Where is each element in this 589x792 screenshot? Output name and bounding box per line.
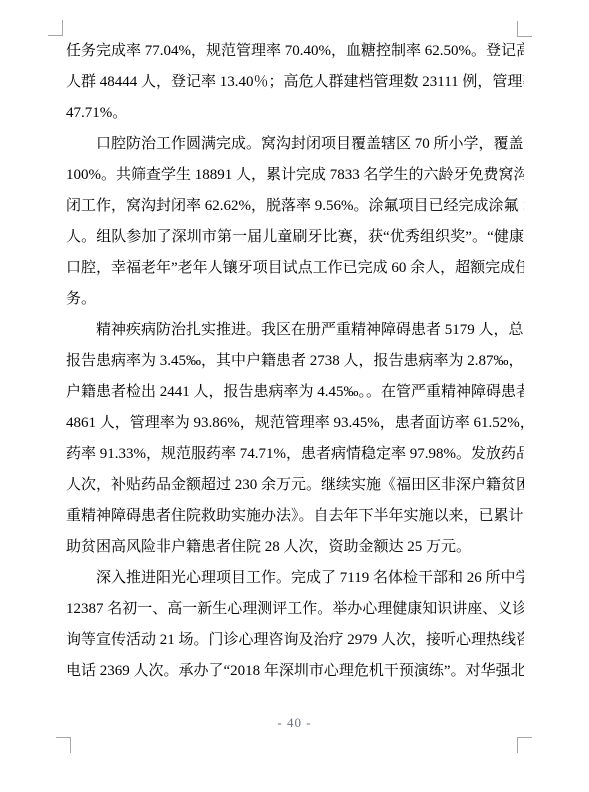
body-text-line: 人次，补贴药品金额超过 230 余万元。继续实施《福田区非深户籍贫困严 <box>66 470 524 501</box>
body-text-line: 12387 名初一、高一新生心理测评工作。举办心理健康知识讲座、义诊咨 <box>66 594 524 625</box>
crop-mark-top-left-icon <box>48 20 63 36</box>
body-text-line: 100%。共筛查学生 18891 人，累计完成 7833 名学生的六龄牙免费窝沟… <box>66 160 524 191</box>
body-text-line paragraph-start: 口腔防治工作圆满完成。窝沟封闭项目覆盖辖区 70 所小学，覆盖率 <box>66 129 524 160</box>
crop-mark-bottom-right-icon <box>517 737 532 753</box>
body-text-line: 人群 48444 人，登记率 13.40％；高危人群建档管理数 23111 例，… <box>66 67 524 98</box>
body-text-line: 47.71%。 <box>66 98 524 129</box>
page-number: - 40 - <box>0 715 589 731</box>
crop-mark-bottom-left-icon <box>56 737 71 753</box>
body-text-line: 询等宣传活动 21 场。门诊心理咨询及治疗 2979 人次，接听心理热线咨询 <box>66 625 524 656</box>
body-text-line: 口腔，幸福老年”老年人镶牙项目试点工作已完成 60 余人，超额完成任 <box>66 253 524 284</box>
body-text-line paragraph-start: 精神疾病防治扎实推进。我区在册严重精神障碍患者 5179 人，总体 <box>66 315 524 346</box>
body-text-line: 务。 <box>66 284 524 315</box>
body-text-line paragraph-start: 深入推进阳光心理项目工作。完成了 7119 名体检干部和 26 所中学 <box>66 563 524 594</box>
body-text-line: 人。组队参加了深圳市第一届儿童刷牙比赛，获“优秀组织奖”。“健康 <box>66 222 524 253</box>
body-text-line: 户籍患者检出 2441 人，报告患病率为 4.45‰。。在管严重精神障碍患者 <box>66 377 524 408</box>
document-page: 任务完成率 77.04%，规范管理率 70.40%，血糖控制率 62.50%。登… <box>0 0 589 792</box>
body-text-line: 报告患病率为 3.45‰，其中户籍患者 2738 人，报告患病率为 2.87‰，… <box>66 346 524 377</box>
body-text-line: 闭工作，窝沟封闭率 62.62%，脱落率 9.56%。涂氟项目已经完成涂氟 17… <box>66 191 524 222</box>
body-text-line: 任务完成率 77.04%，规范管理率 70.40%，血糖控制率 62.50%。登… <box>66 36 524 67</box>
crop-mark-top-right-icon <box>517 21 532 37</box>
body-text-line: 药率 91.33%，规范服药率 74.71%，患者病情稳定率 97.98%。发放… <box>66 439 524 470</box>
body-text-line: 电话 2369 人次。承办了“2018 年深圳市心理危机干预演练”。对华强北 <box>66 656 524 687</box>
body-text-line: 助贫困高风险非户籍患者住院 28 人次，资助金额达 25 万元。 <box>66 532 524 563</box>
body-text-line: 重精神障碍患者住院救助实施办法》。自去年下半年实施以来，已累计资 <box>66 501 524 532</box>
body-text: 任务完成率 77.04%，规范管理率 70.40%，血糖控制率 62.50%。登… <box>66 36 524 687</box>
body-text-line: 4861 人，管理率为 93.86%，规范管理率 93.45%，患者面访率 61… <box>66 408 524 439</box>
